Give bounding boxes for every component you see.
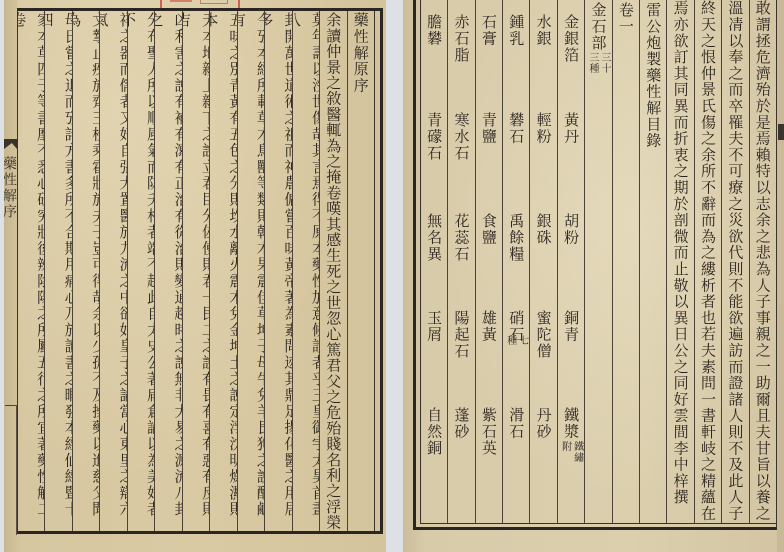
fish-tail-mark-icon	[778, 124, 784, 140]
entry-name: 膽礬	[421, 14, 447, 47]
text-column: 分布聖人所以順風氣而防夭札者端不越此自太史公著扁倉論以為美好者不	[127, 11, 154, 531]
text-column: 金石部 三十 三種	[584, 0, 611, 523]
note-left: 種	[505, 335, 516, 346]
entry-name: 銀硃	[531, 213, 557, 246]
note-right: 鐵繡	[572, 441, 583, 463]
preface-text-line: 終天之恨仲景氏傷之余所不辭而為之縷析者也若夫素問一書軒岐之精蘊在	[695, 0, 721, 522]
toc-column: 石膏 青鹽 食鹽 雄黃 紫石英	[475, 0, 502, 523]
right-page-columns: 敢謂拯危濟殆於是焉賴特以志余之悲為人子事親之一助爾且夫甘旨以養之 溫凊以奉之而卒…	[421, 0, 776, 523]
entry-name: 青礞石	[421, 112, 447, 162]
left-page-columns: 藥性解原序 余讀仲景之敘醫輒為之掩卷嘆其感生死之世忽心篤君父之危殆賤名利之浮榮 …	[18, 11, 374, 531]
toc-entry: 蓬砂	[448, 407, 474, 440]
entry-name: 蓬砂	[449, 407, 475, 440]
toc-entry: 青礞石	[421, 112, 447, 162]
toc-entry: 滑石	[503, 407, 529, 440]
entry-name: 禹餘糧	[503, 213, 529, 263]
toc-column: 膽礬 青礞石 無名異 玉屑 自然銅	[421, 0, 447, 523]
entry-name: 水銀	[531, 14, 557, 47]
volume-label: 卷一	[613, 0, 639, 35]
toc-entry: 水銀	[530, 14, 556, 47]
entry-name: 花蕊石	[449, 213, 475, 263]
toc-title: 雷公炮製藥性解目錄	[640, 0, 666, 149]
toc-entry: 寒水石	[448, 112, 474, 162]
toc-entry: 雄黃	[476, 310, 502, 343]
entry-name: 鐵漿	[558, 407, 584, 440]
right-page: 敢謂拯危濟殆於是焉賴特以志余之悲為人子事親之一助爾且夫甘旨以養之 溫凊以奉之而卒…	[403, 0, 784, 552]
entry-name: 紫石英	[476, 407, 502, 457]
preface-text-line: 祥之器而儒者又好自張大置醫於九流之中欲如皇子之論當心東里之辯六氣	[99, 11, 126, 531]
entry-name: 自然銅	[421, 407, 447, 457]
entry-name: 滑石	[503, 407, 529, 440]
toc-entry: 胡粉	[558, 213, 584, 246]
toc-column: 金銀箔 黃丹 胡粉 銅青 鐵漿 鐵繡 附	[557, 0, 584, 523]
toc-entry: 礬石	[503, 112, 529, 145]
preface-signature-line: 焉亦欲訂其同異而折衷之期於剖微而止敬以異日公之同好雲間李中梓撰	[668, 0, 694, 505]
section-heading: 金石部 三十 三種	[585, 0, 611, 74]
toc-entry: 禹餘糧	[503, 213, 529, 263]
toc-entry: 輕粉	[530, 112, 556, 145]
text-column: 五味之別青黃有五色之分則坎水離火震木兌金坤土之說定浮沈明燥濕則本	[209, 11, 236, 531]
text-column: 卦開萬世道術之祖而神農偏嘗百味黃帝著為素問迹其鼎足揚化醫之用居多	[264, 11, 291, 531]
preface-text-line: 莫年壽以沒世傷哉其言焉得不原本藥性加意候診者乎三皇御宇太昊首畫八	[292, 11, 319, 531]
entry-name: 蜜陀僧	[531, 310, 557, 360]
toc-entry: 硝石 七 種	[503, 310, 529, 346]
preface-text-line: 今攷本經所載草木鳥獸等類則乾木果震佳草坤子母牛兌羊艮狗之說酸鹹有	[237, 11, 264, 531]
toc-entry: 黃丹	[558, 112, 584, 145]
toc-entry: 自然銅	[421, 407, 447, 457]
entry-note: 鐵繡 附	[560, 441, 583, 463]
preface-title: 藥性解原序	[348, 11, 374, 94]
toc-entry: 玉屑	[421, 310, 447, 343]
toc-entry: 鍾乳	[503, 14, 529, 47]
preface-text-line: 家本草四子等書靡不悉心研究狀後辨陰陽之所屬五行之所宜著藥性解二卷	[18, 11, 44, 531]
page-fold-margin: 藥性解序	[4, 0, 17, 552]
toc-entry: 無名異	[421, 213, 447, 263]
toc-entry: 丹砂	[530, 407, 556, 440]
entry-name: 黃丹	[558, 112, 584, 145]
preface-text-line: 溫凊以奉之而卒罹夫不可療之災欲代則不能欲遍訪而證諸人則不及此人子	[722, 0, 748, 522]
page-fold-edge	[777, 0, 784, 552]
text-column: 文摯止疾於齊王枚乘霍狀於夫子豈可得哉余以少孤不及操藥以進慈父聞為	[72, 11, 99, 531]
entry-name: 銅青	[558, 310, 584, 343]
text-column: 雷公炮製藥性解目錄	[639, 0, 666, 523]
text-column: 焉亦欲訂其同異而折衷之期於剖微而止敬以異日公之同好雲間李中梓撰	[666, 0, 693, 523]
text-column: 祥之器而儒者又好自張大置醫於九流之中欲如皇子之論當心東里之辯六氣	[99, 11, 126, 531]
section-count-note: 三十 三種	[587, 52, 610, 74]
text-column: 溫凊以奉之而卒罹夫不可療之災欲代則不能欲遍訪而證諸人則不及此人子	[721, 0, 748, 523]
entry-name: 陽起石	[449, 310, 475, 360]
frame-inner-line	[420, 523, 776, 524]
left-page-frame: 藥性解原序 余讀仲景之敘醫輒為之掩卷嘆其感生死之世忽心篤君父之危殆賤名利之浮榮 …	[17, 8, 383, 534]
section-name: 金石部	[585, 2, 611, 51]
entry-name: 無名異	[421, 213, 447, 263]
frame-inner-line	[374, 11, 375, 531]
right-page-frame: 敢謂拯危濟殆於是焉賴特以志余之悲為人子事親之一助爾且夫甘旨以養之 溫凊以奉之而卒…	[413, 0, 777, 530]
toc-column: 水銀 輕粉 銀硃 蜜陀僧 丹砂	[529, 0, 556, 523]
entry-name: 赤石脂	[449, 14, 475, 64]
toc-entry: 銅青	[558, 310, 584, 343]
toc-entry: 陽起石	[448, 310, 474, 360]
entry-name: 丹砂	[531, 407, 557, 440]
entry-name: 寒水石	[449, 112, 475, 162]
preface-text-line: 敢謂拯危濟殆於是焉賴特以志余之悲為人子事親之一助爾且夫甘旨以養之	[750, 0, 776, 522]
entry-name: 礬石	[503, 112, 529, 145]
entry-name: 雄黃	[476, 310, 502, 343]
toc-entry: 金銀箔	[558, 14, 584, 64]
entry-name: 食鹽	[476, 213, 502, 246]
entry-name: 玉屑	[421, 310, 447, 343]
preface-text-line: 凶利害之說有補有瀉有正治有從治則變通趨時之說無非大易之源流八卦之	[154, 11, 181, 531]
toc-entry: 青鹽	[476, 112, 502, 145]
toc-entry: 石膏	[476, 14, 502, 47]
text-column: 敢謂拯危濟殆於是焉賴特以志余之悲為人子事親之一助爾且夫甘旨以養之	[749, 0, 776, 523]
toc-entry: 銀硃	[530, 213, 556, 246]
preface-text-line: 母氏嘗之退而攷諸方書多所不合斯用痛心乃於讀書之暇發本經仙經暨十四	[44, 11, 71, 531]
entry-note: 七 種	[505, 335, 528, 346]
toc-entry: 花蕊石	[448, 213, 474, 263]
text-column: 天本地親上親下之說立君臣分佐使則君一民二之說有畏有喜有惡有反則吉	[182, 11, 209, 531]
fish-tail-mark-icon	[4, 139, 17, 149]
text-column: 余讀仲景之敘醫輒為之掩卷嘆其感生死之世忽心篤君父之危殆賤名利之浮榮	[319, 11, 346, 531]
entry-name: 胡粉	[558, 213, 584, 246]
toc-entry: 紫石英	[476, 407, 502, 457]
toc-entry: 赤石脂	[448, 14, 474, 64]
entry-name: 石膏	[476, 14, 502, 47]
preface-text-line: 文摯止疾於齊王枚乘霍狀於夫子豈可得哉余以少孤不及操藥以進慈父聞為	[72, 11, 99, 531]
entry-name: 輕粉	[531, 112, 557, 145]
fold-label: 藥性解序	[4, 156, 16, 220]
toc-entry: 蜜陀僧	[530, 310, 556, 360]
text-column: 終天之恨仲景氏傷之余所不辭而為之縷析者也若夫素問一書軒岐之精蘊在	[694, 0, 721, 523]
note-right: 三十	[599, 52, 610, 74]
text-column: 藥性解原序	[347, 11, 374, 531]
entry-name: 鍾乳	[503, 14, 529, 47]
note-left: 三種	[587, 52, 598, 74]
toc-entry: 膽礬	[421, 14, 447, 47]
preface-text-line: 分布聖人所以順風氣而防夭札者端不越此自太史公著扁倉論以為美好者不	[127, 11, 154, 531]
text-column: 母氏嘗之退而攷諸方書多所不合斯用痛心乃於讀書之暇發本經仙經暨十四	[44, 11, 71, 531]
preface-text-line: 余讀仲景之敘醫輒為之掩卷嘆其感生死之世忽心篤君父之危殆賤名利之浮榮	[320, 11, 346, 530]
text-column: 凶利害之說有補有瀉有正治有從治則變通趨時之說無非大易之源流八卦之	[154, 11, 181, 531]
text-column: 今攷本經所載草木鳥獸等類則乾木果震佳草坤子母牛兌羊艮狗之說酸鹹有	[237, 11, 264, 531]
left-page: 藥性解序 藥性解原序 余讀仲景之敘醫輒為之掩卷嘆其感生死之世忽心篤君父之危殆賤名…	[4, 0, 386, 552]
preface-text-line: 卦開萬世道術之祖而神農偏嘗百味黃帝著為素問迹其鼎足揚化醫之用居多	[264, 11, 291, 531]
text-column: 家本草四子等書靡不悉心研究狀後辨陰陽之所屬五行之所宜著藥性解二卷	[18, 11, 44, 531]
toc-column: 赤石脂 寒水石 花蕊石 陽起石 蓬砂	[447, 0, 474, 523]
entry-name: 金銀箔	[558, 14, 584, 64]
preface-text-line: 五味之別青黃有五色之分則坎水離火震木兌金坤土之說定浮沈明燥濕則本	[209, 11, 236, 531]
text-column: 莫年壽以沒世傷哉其言焉得不原本藥性加意候診者乎三皇御宇太昊首畫八	[292, 11, 319, 531]
note-right: 七	[517, 335, 528, 346]
toc-entry: 食鹽	[476, 213, 502, 246]
text-column: 卷一	[612, 0, 639, 523]
entry-name: 青鹽	[476, 112, 502, 145]
note-left: 附	[560, 441, 571, 463]
preface-text-line: 天本地親上親下之說立君臣分佐使則君一民二之說有畏有喜有惡有反則吉	[182, 11, 209, 531]
toc-column: 鍾乳 礬石 禹餘糧 硝石 七 種 滑石	[502, 0, 529, 523]
toc-entry: 鐵漿 鐵繡 附	[558, 407, 584, 463]
